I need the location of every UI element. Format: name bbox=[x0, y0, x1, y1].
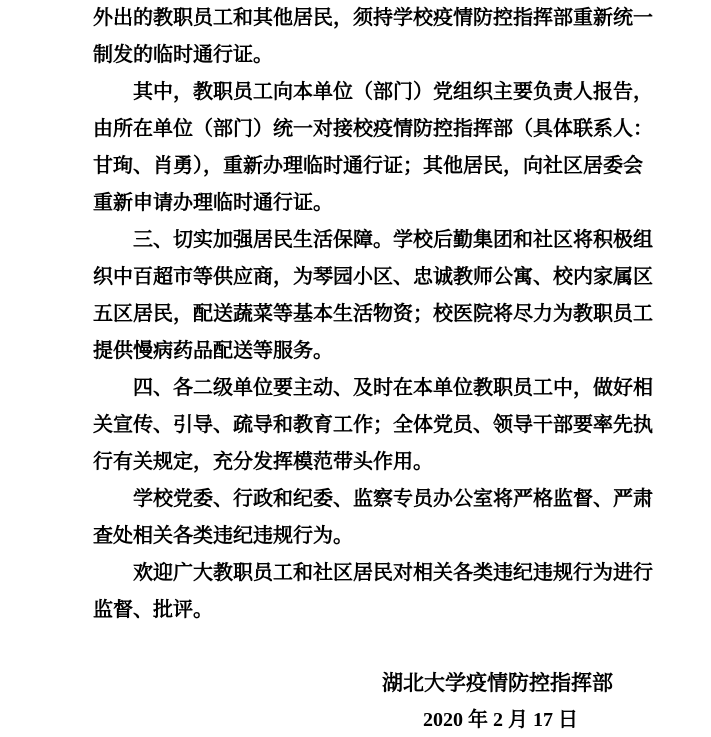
blank-line bbox=[93, 629, 629, 665]
text-line: 五区居民，配送蔬菜等基本生活物资；校医院将尽力为教职员工 bbox=[93, 296, 629, 333]
text-line: 重新申请办理临时通行证。 bbox=[93, 185, 629, 222]
date-line: 2020 年 2 月 17 日 bbox=[93, 702, 629, 737]
text-line: 外出的教职员工和其他居民，须持学校疫情防控指挥部重新统一 bbox=[93, 0, 629, 37]
text-line: 查处相关各类违纪违规行为。 bbox=[93, 518, 629, 555]
text-line: 其中，教职员工向本单位（部门）党组织主要负责人报告， bbox=[93, 74, 629, 111]
text-line: 监督、批评。 bbox=[93, 592, 629, 629]
text-line: 行有关规定，充分发挥模范带头作用。 bbox=[93, 444, 629, 481]
text-line: 由所在单位（部门）统一对接校疫情防控指挥部（具体联系人： bbox=[93, 111, 629, 148]
text-line: 织中百超市等供应商，为琴园小区、忠诚教师公寓、校内家属区 bbox=[93, 259, 629, 296]
text-line: 关宣传、引导、疏导和教育工作；全体党员、领导干部要率先执 bbox=[93, 407, 629, 444]
text-line: 提供慢病药品配送等服务。 bbox=[93, 333, 629, 370]
text-line: 三、切实加强居民生活保障。学校后勤集团和社区将积极组 bbox=[93, 222, 629, 259]
text-line: 欢迎广大教职员工和社区居民对相关各类违纪违规行为进行 bbox=[93, 555, 629, 592]
text-line: 四、各二级单位要主动、及时在本单位教职员工中，做好相 bbox=[93, 370, 629, 407]
text-line: 制发的临时通行证。 bbox=[93, 37, 629, 74]
text-line: 甘珣、肖勇），重新办理临时通行证；其他居民，向社区居委会 bbox=[93, 148, 629, 185]
document-body: 外出的教职员工和其他居民，须持学校疫情防控指挥部重新统一制发的临时通行证。其中，… bbox=[93, 0, 629, 737]
document-page: 外出的教职员工和其他居民，须持学校疫情防控指挥部重新统一制发的临时通行证。其中，… bbox=[0, 0, 711, 737]
text-line: 学校党委、行政和纪委、监察专员办公室将严格监督、严肃 bbox=[93, 481, 629, 518]
signature-line: 湖北大学疫情防控指挥部 bbox=[93, 665, 629, 702]
body-lines: 外出的教职员工和其他居民，须持学校疫情防控指挥部重新统一制发的临时通行证。其中，… bbox=[93, 0, 629, 629]
